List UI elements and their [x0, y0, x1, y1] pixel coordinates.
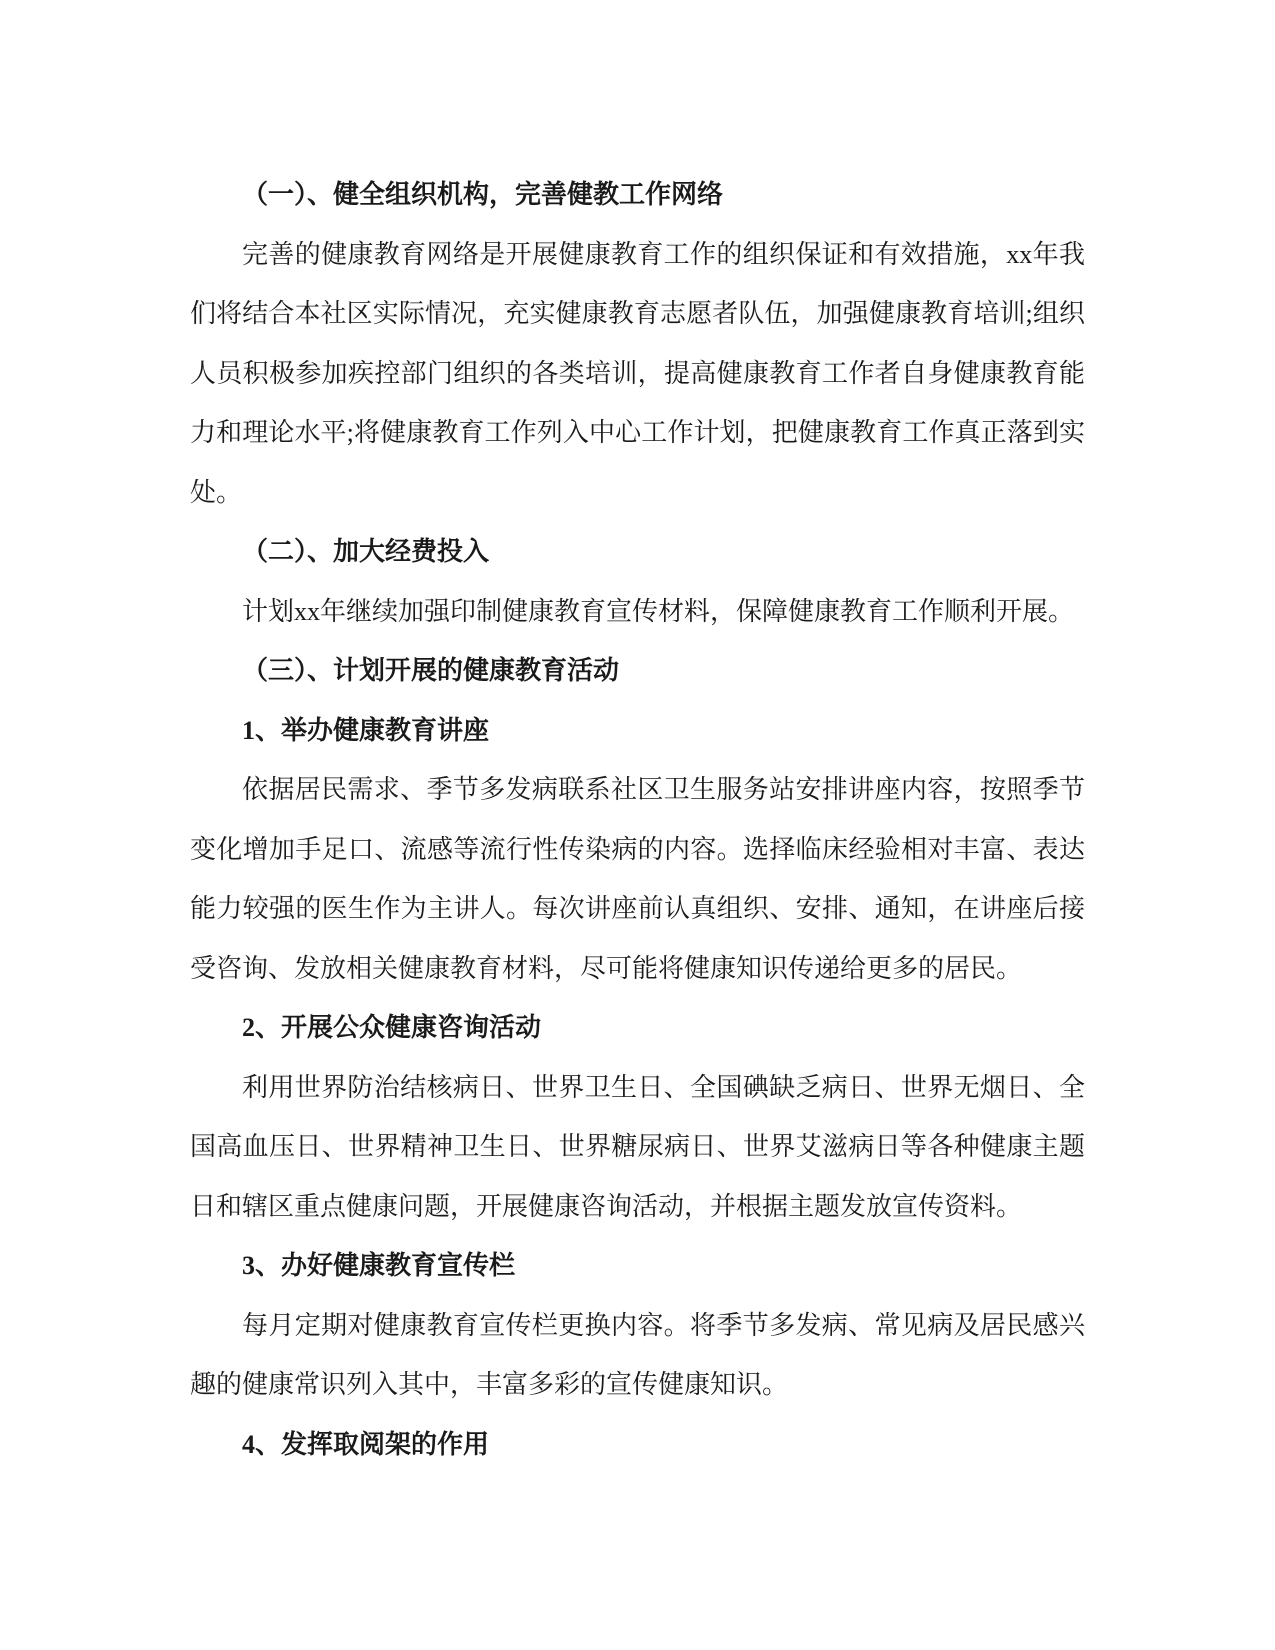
subsection-2-paragraph: 利用世界防治结核病日、世界卫生日、全国碘缺乏病日、世界无烟日、全国高血压日、世界…	[190, 1058, 1085, 1237]
subsection-heading-2: 2、开展公众健康咨询活动	[190, 998, 1085, 1058]
subsection-heading-3: 3、办好健康教育宣传栏	[190, 1236, 1085, 1296]
section-1-paragraph: 完善的健康教育网络是开展健康教育工作的组织保证和有效措施，xx年我们将结合本社区…	[190, 225, 1085, 523]
subsection-1-paragraph: 依据居民需求、季节多发病联系社区卫生服务站安排讲座内容，按照季节变化增加手足口、…	[190, 760, 1085, 998]
section-heading-2: （二）、加大经费投入	[190, 522, 1085, 582]
section-heading-1: （一）、健全组织机构，完善健教工作网络	[190, 165, 1085, 225]
subsection-heading-4: 4、发挥取阅架的作用	[190, 1415, 1085, 1475]
section-heading-3: （三）、计划开展的健康教育活动	[190, 641, 1085, 701]
subsection-heading-1: 1、举办健康教育讲座	[190, 701, 1085, 761]
section-2-paragraph: 计划xx年继续加强印制健康教育宣传材料，保障健康教育工作顺利开展。	[190, 582, 1085, 642]
document-page: （一）、健全组织机构，完善健教工作网络 完善的健康教育网络是开展健康教育工作的组…	[0, 0, 1275, 1650]
subsection-3-paragraph: 每月定期对健康教育宣传栏更换内容。将季节多发病、常见病及居民感兴趣的健康常识列入…	[190, 1296, 1085, 1415]
